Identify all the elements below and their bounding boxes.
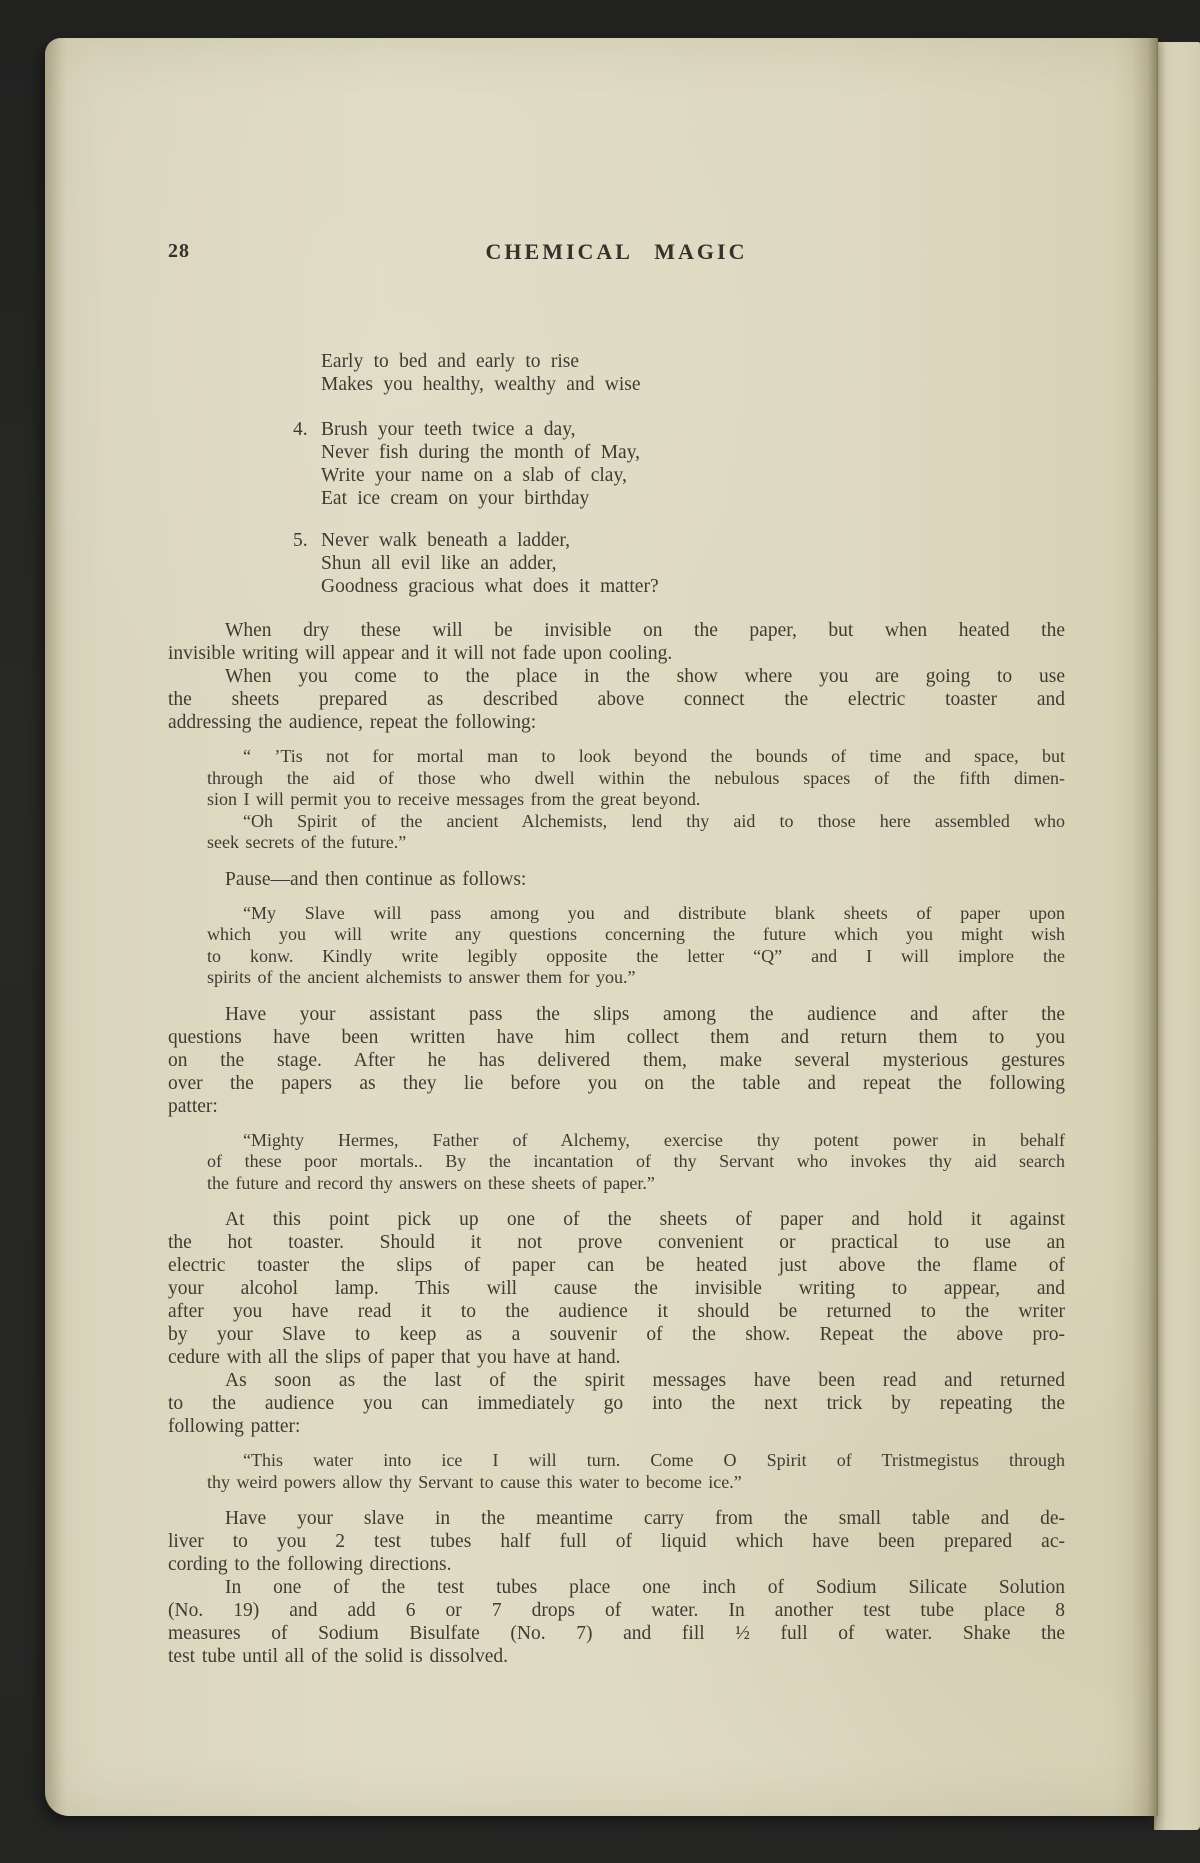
numbered-item: 4.Brush your teeth twice a day,Never fis… (293, 418, 1065, 510)
text-line: Brush your teeth twice a day, (321, 418, 640, 441)
patter-quote: “ ’Tis not for mortal man to look beyond… (207, 746, 1065, 854)
text-line: Eat ice cream on your birthday (321, 487, 640, 510)
verse-block: Early to bed and early to riseMakes you … (321, 350, 1065, 396)
text-line: following patter: (168, 1415, 1065, 1438)
text-line: the hot toaster. Should it not prove con… (168, 1231, 1065, 1254)
text-line: Early to bed and early to rise (321, 350, 1065, 373)
body-paragraph: Pause—and then continue as follows: (168, 868, 1065, 891)
text-line: As soon as the last of the spirit messag… (168, 1369, 1065, 1392)
patter-quote: “This water into ice I will turn. Come O… (207, 1450, 1065, 1493)
item-number: 4. (293, 418, 321, 510)
text-line: spirits of the ancient alchemists to ans… (207, 967, 1065, 989)
text-line: invisible writing will appear and it wil… (168, 642, 1065, 665)
text-line: “Mighty Hermes, Father of Alchemy, exerc… (207, 1130, 1065, 1152)
text-line: Never fish during the month of May, (321, 441, 640, 464)
patter-quote: “Mighty Hermes, Father of Alchemy, exerc… (207, 1130, 1065, 1195)
text-line: to the audience you can immediately go i… (168, 1392, 1065, 1415)
text-line: Have your assistant pass the slips among… (168, 1003, 1065, 1026)
page-sheet: 28 CHEMICAL MAGIC Early to bed and early… (45, 38, 1158, 1816)
body-paragraph: Have your assistant pass the slips among… (168, 1003, 1065, 1118)
text-line: measures of Sodium Bisulfate (No. 7) and… (168, 1622, 1065, 1645)
text-line: over the papers as they lie before you o… (168, 1072, 1065, 1095)
text-line: “My Slave will pass among you and distri… (207, 903, 1065, 925)
item-number: 5. (293, 529, 321, 598)
text-line: Goodness gracious what does it matter? (321, 575, 659, 598)
text-line: electric toaster the slips of paper can … (168, 1254, 1065, 1277)
text-line: When you come to the place in the show w… (168, 665, 1065, 688)
text-line: When dry these will be invisible on the … (168, 619, 1065, 642)
body-paragraph: At this point pick up one of the sheets … (168, 1208, 1065, 1438)
text-line: test tube until all of the solid is diss… (168, 1645, 1065, 1668)
text-line: seek secrets of the future.” (207, 832, 1065, 854)
page-title: CHEMICAL MAGIC (168, 240, 1065, 263)
text-line: cording to the following directions. (168, 1553, 1065, 1576)
patter-quote: “My Slave will pass among you and distri… (207, 903, 1065, 989)
text-line: to konw. Kindly write legibly opposite t… (207, 946, 1065, 968)
text-line: by your Slave to keep as a souvenir of t… (168, 1323, 1065, 1346)
text-blocks: Early to bed and early to riseMakes you … (168, 350, 1065, 1668)
text-line: “ ’Tis not for mortal man to look beyond… (207, 746, 1065, 768)
text-line: At this point pick up one of the sheets … (168, 1208, 1065, 1231)
book-page-edges (1154, 42, 1200, 1830)
text-line: Makes you healthy, wealthy and wise (321, 373, 1065, 396)
text-line: Never walk beneath a ladder, (321, 529, 659, 552)
text-line: on the stage. After he has delivered the… (168, 1049, 1065, 1072)
text-line: cedure with all the slips of paper that … (168, 1346, 1065, 1369)
scanned-book-photo: { "colors": { "backdrop": "#252524", "pa… (0, 0, 1200, 1863)
numbered-item: 5.Never walk beneath a ladder,Shun all e… (293, 529, 1065, 598)
text-line: questions have been written have him col… (168, 1026, 1065, 1049)
text-line: your alcohol lamp. This will cause the i… (168, 1277, 1065, 1300)
page-number: 28 (168, 240, 190, 263)
text-line: the sheets prepared as described above c… (168, 688, 1065, 711)
text-line: thy weird powers allow thy Servant to ca… (207, 1472, 1065, 1494)
text-line: addressing the audience, repeat the foll… (168, 711, 1065, 734)
text-line: through the aid of those who dwell withi… (207, 768, 1065, 790)
text-line: Write your name on a slab of clay, (321, 464, 640, 487)
text-line: after you have read it to the audience i… (168, 1300, 1065, 1323)
text-line: Shun all evil like an adder, (321, 552, 659, 575)
body-paragraph: Have your slave in the meantime carry fr… (168, 1507, 1065, 1668)
text-line: “Oh Spirit of the ancient Alchemists, le… (207, 811, 1065, 833)
text-line: Pause—and then continue as follows: (168, 868, 1065, 891)
text-line: In one of the test tubes place one inch … (168, 1576, 1065, 1599)
text-line: patter: (168, 1095, 1065, 1118)
text-line: the future and record thy answers on the… (207, 1173, 1065, 1195)
text-line: of these poor mortals.. By the incantati… (207, 1151, 1065, 1173)
text-line: which you will write any questions conce… (207, 924, 1065, 946)
text-line: (No. 19) and add 6 or 7 drops of water. … (168, 1599, 1065, 1622)
text-line: sion I will permit you to receive messag… (207, 789, 1065, 811)
running-head: 28 CHEMICAL MAGIC (168, 240, 1065, 266)
item-lines: Never walk beneath a ladder,Shun all evi… (321, 529, 659, 598)
page-content: 28 CHEMICAL MAGIC Early to bed and early… (168, 38, 1065, 1668)
item-lines: Brush your teeth twice a day,Never fish … (321, 418, 640, 510)
body-paragraph: When dry these will be invisible on the … (168, 619, 1065, 734)
text-line: liver to you 2 test tubes half full of l… (168, 1530, 1065, 1553)
text-line: Have your slave in the meantime carry fr… (168, 1507, 1065, 1530)
text-line: “This water into ice I will turn. Come O… (207, 1450, 1065, 1472)
